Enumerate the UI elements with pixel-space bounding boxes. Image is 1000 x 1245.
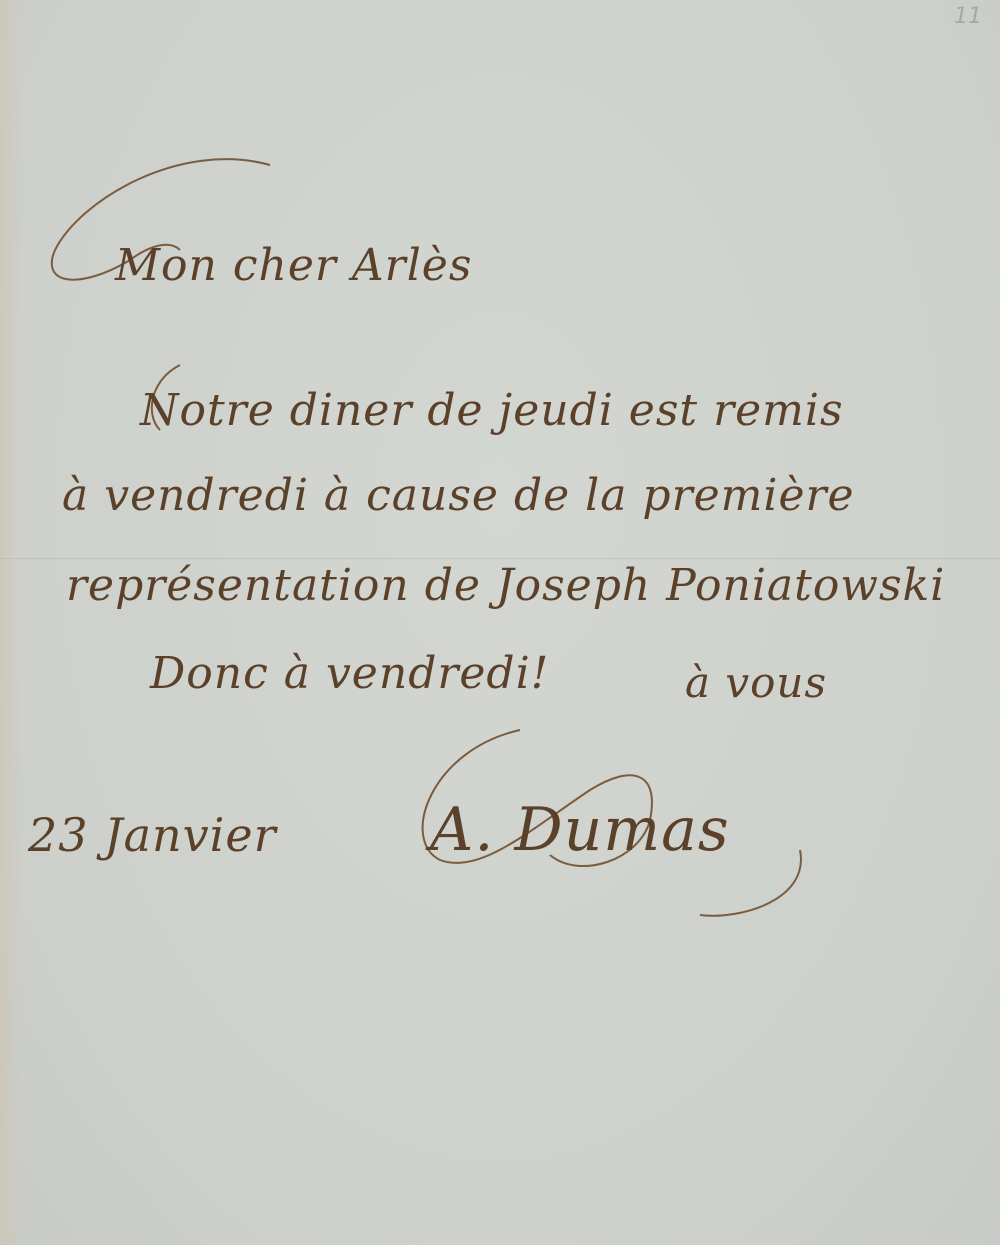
body-line-3: représentation de Joseph Poniatowski <box>66 560 945 611</box>
salutation: Mon cher Arlès <box>115 240 472 291</box>
paper-fold-line <box>0 558 1000 559</box>
page-number-pencil-mark: 11 <box>954 4 982 29</box>
letter-page: 11 Mon cher Arlès Notre diner de jeudi e… <box>0 0 1000 1245</box>
closing: à vous <box>685 658 827 707</box>
body-line-1: Notre diner de jeudi est remis <box>140 385 844 436</box>
signature: A. Dumas <box>430 795 730 865</box>
letter-date: 23 Janvier <box>28 808 277 862</box>
body-line-4: Donc à vendredi! <box>150 648 549 699</box>
body-line-2: à vendredi à cause de la première <box>62 470 855 521</box>
